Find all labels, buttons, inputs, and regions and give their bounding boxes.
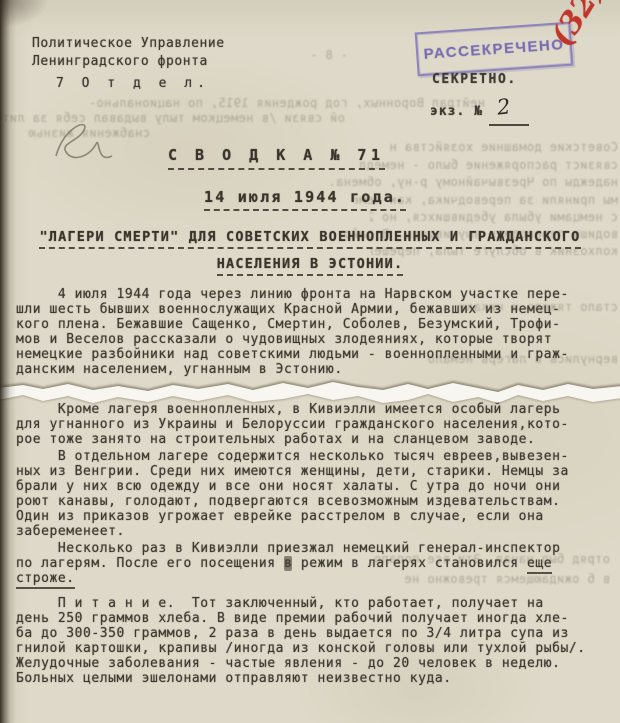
subject-line1: "ЛАГЕРИ СМЕРТИ" ДЛЯ СОВЕТСКИХ ВОЕННОПЛЕН… [39, 229, 580, 249]
scan-corner-shadow [0, 0, 60, 40]
copy-number-underline [489, 124, 529, 126]
underlined-word-strozhe: строже. [16, 571, 75, 589]
underlined-word-eshche: еще [527, 556, 552, 574]
copy-number-label: экз. № [430, 104, 483, 119]
paragraph-food-rations: П и т а н и е. Тот заключенный, кто рабо… [16, 596, 608, 686]
document-title: С В О Д К А № 71 [168, 146, 385, 170]
paragraph-inspector: Несколько раз в Кивиэлли приезжал немецк… [16, 541, 608, 586]
document-subject: "ЛАГЕРИ СМЕРТИ" ДЛЯ СОВЕТСКИХ ВОЕННОПЛЕН… [0, 226, 620, 276]
pencil-flourish-mark [44, 116, 144, 182]
paragraph-escapees: 4 июля 1944 года через линию фронта на Н… [16, 287, 608, 377]
bleedthrough-text: с немцами убыла убедившихся, но 24 вышла… [370, 210, 618, 224]
bleedthrough-text: связист распоряжение было - немедленно-ч… [360, 158, 618, 172]
declassified-stamp-text: РАССЕКРЕЧЕНО [423, 36, 565, 63]
copy-number-handwritten: 2 [496, 94, 512, 119]
bleedthrough-text: надежды по Чрезвычайному р-ну, обмена. Э… [330, 175, 618, 189]
subject-line2: НАСЕЛЕНИЯ В ЭСТОНИИ. [217, 256, 404, 276]
scan-edge-shadow [0, 0, 16, 723]
bleedthrough-text: - 8 - [278, 48, 348, 62]
inspector-text-middle: режим в лагерях становился [292, 556, 527, 571]
bleedthrough-text: нейтрал Воронных, год рождения 1915, по … [55, 96, 485, 110]
document-date: 14 июля 1944 года. [204, 188, 406, 211]
issuing-authority-line1: Политическое Управление [32, 36, 225, 51]
issuing-authority-department: 7 О т д е л. [56, 76, 210, 91]
paragraph-jewish-prisoners: В отдельном лагере содержится несколько … [16, 449, 608, 539]
secrecy-label: СЕКРЕТНО. [432, 72, 517, 87]
bleedthrough-text: Советские домашние хозяйства нынче [390, 140, 618, 154]
paragraph-civilian-camp: Кроме лагеря военнопленных, в Кивиэлли и… [16, 402, 608, 447]
document-page: нейтрал Воронных, год рождения 1915, по … [0, 0, 620, 723]
issuing-authority-line2: Ленинградского фронта [32, 54, 208, 69]
